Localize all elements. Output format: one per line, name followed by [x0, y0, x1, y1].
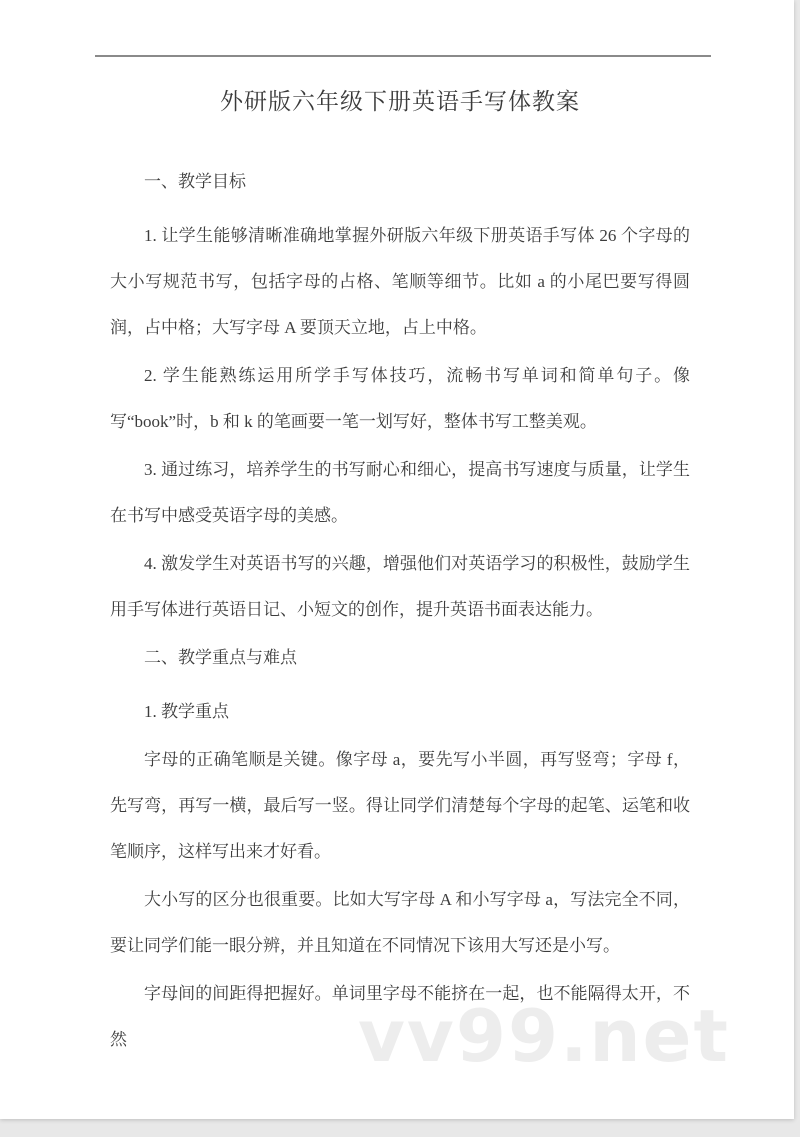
document-title: 外研版六年级下册英语手写体教案 [110, 86, 690, 118]
subheading-teaching-focus: 1. 教学重点 [110, 689, 690, 735]
paragraph-objective-2: 2. 学生能熟练运用所学手写体技巧，流畅书写单词和简单句子。像写“book”时，… [110, 353, 690, 445]
document-page: 外研版六年级下册英语手写体教案 一、教学目标 1. 让学生能够清晰准确地掌握外研… [0, 0, 794, 1119]
paragraph-case-distinction: 大小写的区分也很重要。比如大写字母 A 和小写字母 a，写法完全不同，要让同学们… [110, 877, 690, 969]
section-heading-objectives: 一、教学目标 [110, 159, 690, 205]
watermark: vv99.net [358, 994, 730, 1078]
section-heading-key-points: 二、教学重点与难点 [110, 635, 690, 681]
paragraph-stroke-order: 字母的正确笔顺是关键。像字母 a，要先写小半圆，再写竖弯；字母 f，先写弯，再写… [110, 737, 690, 875]
paragraph-objective-3: 3. 通过练习，培养学生的书写耐心和细心，提高书写速度与质量，让学生在书写中感受… [110, 447, 690, 539]
document-body: 外研版六年级下册英语手写体教案 一、教学目标 1. 让学生能够清晰准确地掌握外研… [110, 0, 690, 1065]
paragraph-objective-4: 4. 激发学生对英语书写的兴趣，增强他们对英语学习的积极性，鼓励学生用手写体进行… [110, 541, 690, 633]
paragraph-objective-1: 1. 让学生能够清晰准确地掌握外研版六年级下册英语手写体 26 个字母的大小写规… [110, 213, 690, 351]
